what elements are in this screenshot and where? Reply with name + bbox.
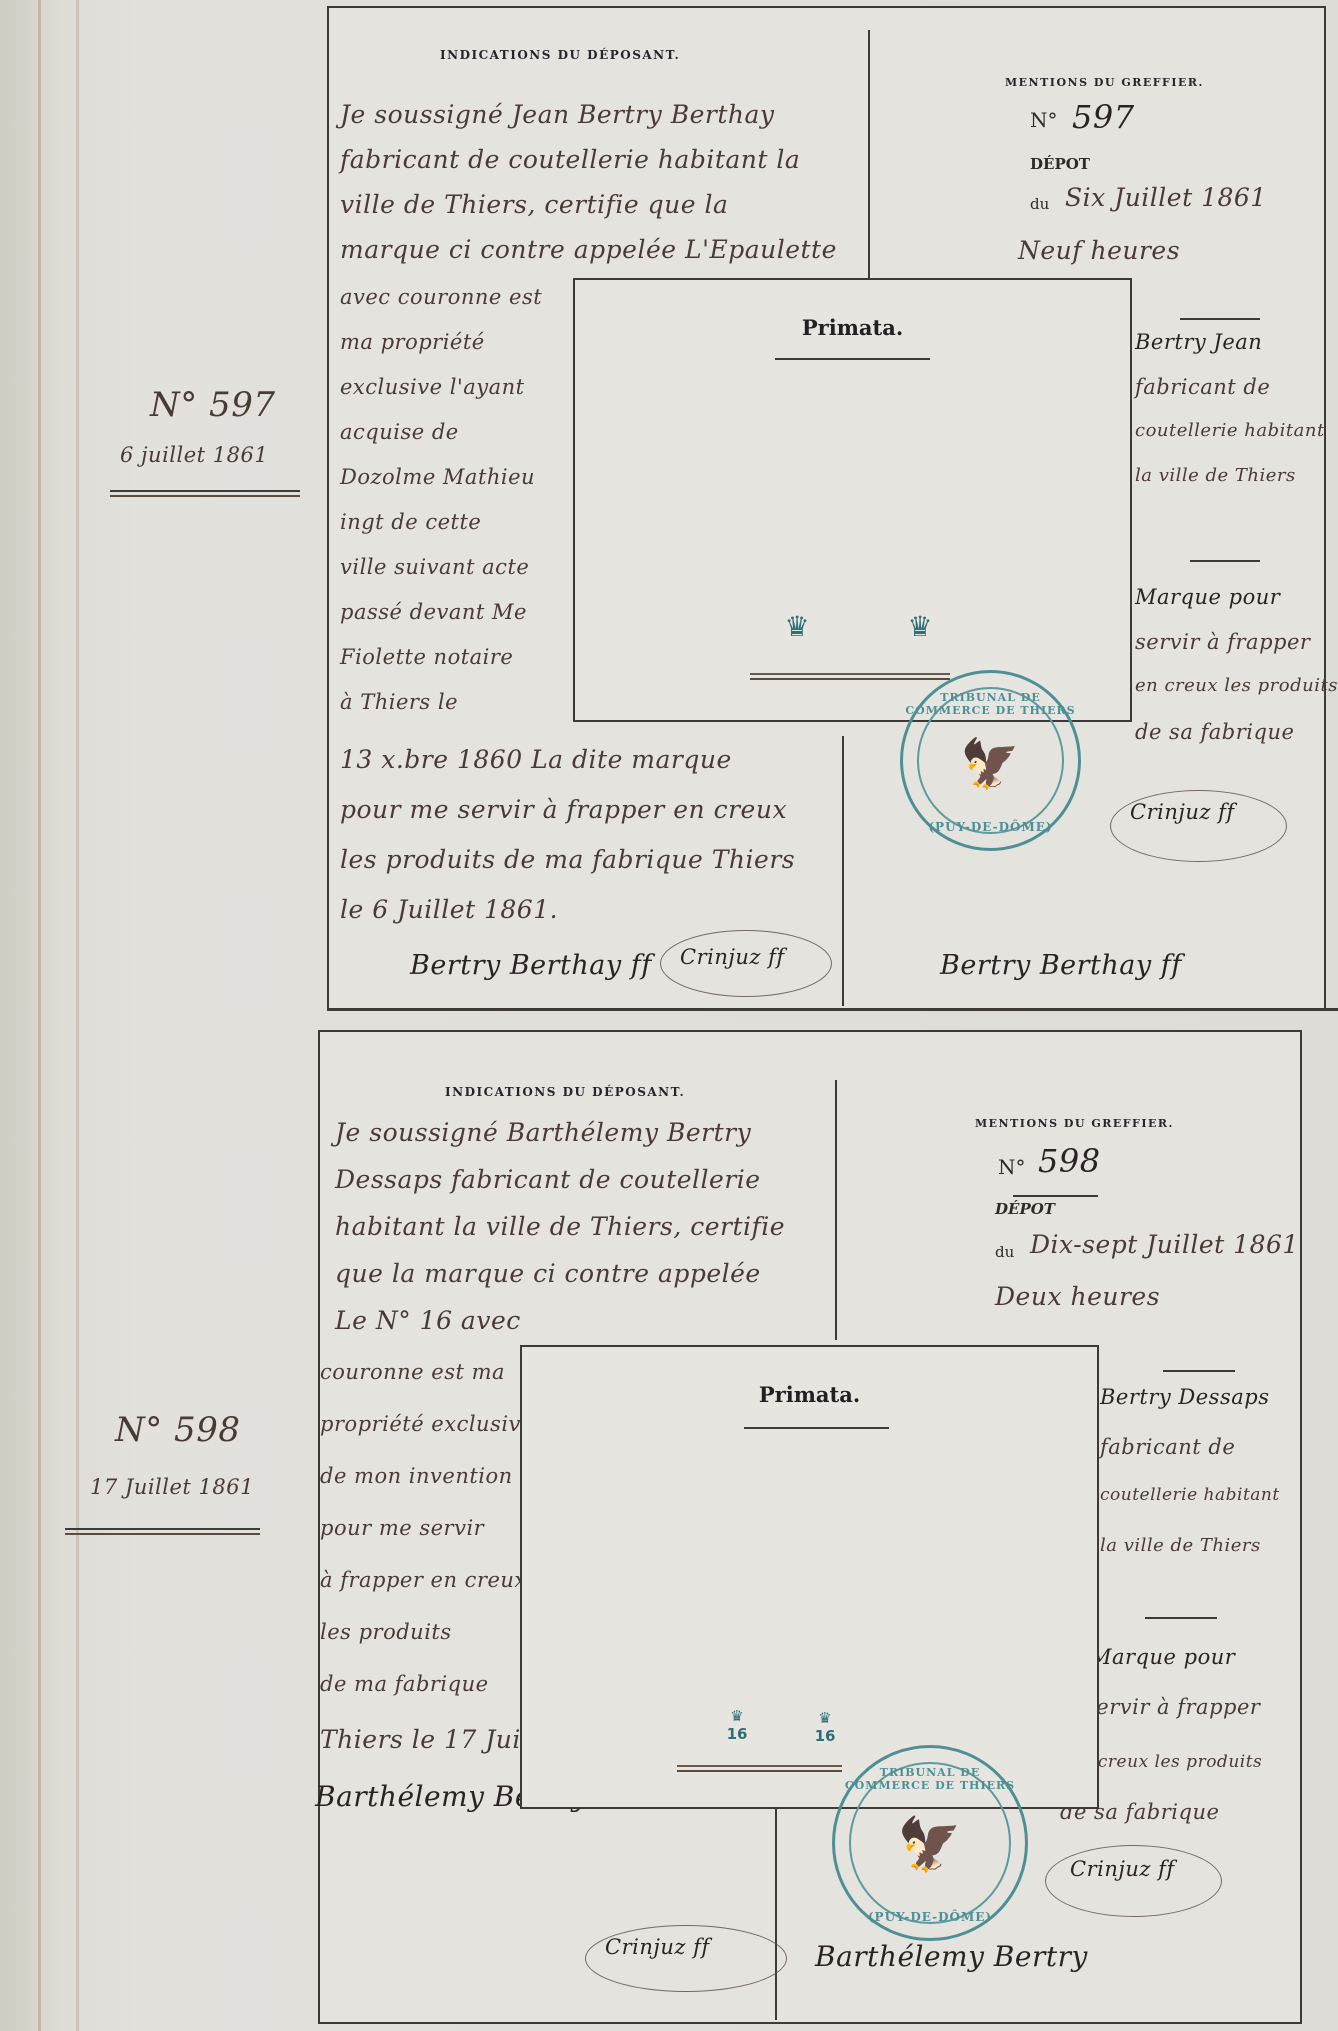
registrar-name-line: fabricant de [1135, 375, 1270, 399]
greffier-signature: Crinjuz ff [605, 1935, 710, 1959]
depositor-line: fabricant de coutellerie habitant la [340, 145, 800, 174]
margin-number: N° 597 [150, 385, 275, 425]
du-label: du [1030, 195, 1049, 213]
mark-box-title: Primata. [522, 1382, 1097, 1407]
depositor-line: que la marque ci contre appelée [335, 1259, 761, 1288]
depositor-line: pour me servir [320, 1516, 484, 1540]
depositor-line: Je soussigné Barthélemy Bertry [335, 1118, 751, 1147]
registrar-name-line: la ville de Thiers [1100, 1535, 1261, 1556]
mark-box-title: Primata. [575, 315, 1130, 340]
registrar-name-line: fabricant de [1100, 1435, 1235, 1459]
depositor-header: INDICATIONS DU DÉPOSANT. [445, 1085, 685, 1099]
mark-underline [677, 1765, 842, 1767]
registrar-number: 597 [1072, 98, 1135, 136]
registrar-purpose-line: Marque pour [1135, 585, 1280, 609]
depositor-line: à frapper en creux [320, 1568, 527, 1592]
stamp-ring-text: TRIBUNAL DE COMMERCE DE THIERS [903, 691, 1078, 717]
margin-underline [65, 1528, 260, 1530]
registrar-depositor-signature: Barthélemy Bertry [815, 1940, 1088, 1973]
entry-separator [327, 1008, 1338, 1011]
margin-underline [110, 490, 300, 492]
depositor-line: marque ci contre appelée L'Epaulette [340, 235, 837, 264]
court-stamp: TRIBUNAL DE COMMERCE DE THIERS 🦅 (PUY-DE… [832, 1745, 1028, 1941]
depositor-header: INDICATIONS DU DÉPOSANT. [440, 48, 680, 62]
depositor-line: les produits de ma fabrique Thiers [340, 845, 795, 874]
column-divider [835, 1080, 837, 1340]
registrar-greffier-signature: Crinjuz ff [1130, 800, 1235, 824]
imperial-eagle-icon: 🦅 [903, 735, 1078, 792]
binding-fold [76, 0, 79, 2031]
registrar-header: MENTIONS DU GREFFIER. [1005, 76, 1204, 89]
depositor-line: couronne est ma [320, 1360, 505, 1384]
mark-number: 16 [815, 1727, 836, 1745]
depositor-line: Dozolme Mathieu [340, 465, 535, 489]
registrar-purpose-line: en creux les produits [1135, 675, 1338, 696]
mark-impression-box: Primata. ♛ ♛ [573, 278, 1132, 722]
depositor-line: propriété exclusive [320, 1412, 534, 1436]
margin-date: 6 juillet 1861 [120, 443, 268, 467]
registrar-number-label: N° [1030, 108, 1058, 132]
du-label: du [995, 1243, 1014, 1261]
registrar-name-line: Bertry Dessaps [1100, 1385, 1269, 1409]
depositor-line: à Thiers le [340, 690, 458, 714]
section-rule [1180, 318, 1260, 320]
depositor-line: Je soussigné Jean Bertry Berthay [340, 100, 775, 129]
margin-number: N° 598 [115, 1410, 240, 1450]
registrar-purpose-line: de sa fabrique [1135, 720, 1294, 744]
crown-mark-icon: ♛16 [717, 1707, 757, 1743]
crown-epaulette-mark-icon: ♛ [777, 610, 817, 643]
registrar-name-line: coutellerie habitant [1100, 1485, 1280, 1505]
registrar-name-line: Bertry Jean [1135, 330, 1262, 354]
imperial-eagle-icon: 🦅 [835, 1814, 1025, 1875]
binding-fold [38, 0, 41, 2031]
registrar-depositor-signature: Bertry Berthay ff [940, 950, 1182, 981]
registrar-purpose-line: servir à frapper [1085, 1695, 1260, 1719]
depositor-signature: Bertry Berthay ff [410, 950, 652, 981]
registrar-number-label: N° [998, 1155, 1026, 1179]
depot-date: Six Juillet 1861 [1065, 183, 1267, 212]
depot-time: Deux heures [995, 1282, 1160, 1311]
mark-underline [750, 673, 950, 675]
depositor-line: Dessaps fabricant de coutellerie [335, 1165, 761, 1194]
stamp-ring-text: (PUY-DE-DÔME) [903, 820, 1078, 834]
registrar-header: MENTIONS DU GREFFIER. [975, 1117, 1174, 1130]
crown-mark-icon: ♛16 [805, 1709, 845, 1745]
title-underline [775, 358, 930, 360]
depot-label: DÉPOT [1030, 155, 1090, 173]
mark-impression-box: Primata. ♛16 ♛16 [520, 1345, 1099, 1809]
greffier-signature: Crinjuz ff [680, 945, 785, 969]
margin-date: 17 Juillet 1861 [90, 1475, 254, 1499]
greffier-paraph [1045, 1845, 1222, 1917]
depositor-line: le 6 Juillet 1861. [340, 895, 558, 924]
registrar-name-line: coutellerie habitant [1135, 420, 1325, 441]
depositor-line: acquise de [340, 420, 459, 444]
depot-time: Neuf heures [1018, 236, 1180, 265]
depot-date: Dix-sept Juillet 1861 [1030, 1230, 1299, 1259]
depositor-line: avec couronne est [340, 285, 542, 309]
number-underline [1013, 1195, 1098, 1197]
section-rule [1163, 1370, 1235, 1372]
registrar-purpose-line: servir à frapper [1135, 630, 1310, 654]
depositor-line: 13 x.bre 1860 La dite marque [340, 745, 732, 774]
section-rule [1190, 560, 1260, 562]
crown-epaulette-mark-icon: ♛ [900, 610, 940, 643]
depositor-line: exclusive l'ayant [340, 375, 525, 399]
depositor-line: de mon invention [320, 1464, 513, 1488]
depositor-line: les produits [320, 1620, 452, 1644]
column-divider [868, 30, 870, 280]
stamp-ring-text: (PUY-DE-DÔME) [835, 1910, 1025, 1924]
registrar-purpose-line: Marque pour [1090, 1645, 1235, 1669]
section-rule [1145, 1617, 1217, 1619]
registrar-name-line: la ville de Thiers [1135, 465, 1296, 486]
depositor-line: pour me servir à frapper en creux [340, 795, 787, 824]
stamp-ring-text: TRIBUNAL DE COMMERCE DE THIERS [835, 1766, 1025, 1792]
depositor-line: Le N° 16 avec [335, 1306, 521, 1335]
depositor-line: ville de Thiers, certifie que la [340, 190, 728, 219]
depositor-line: passé devant Me [340, 600, 527, 624]
depositor-line: ingt de cette [340, 510, 481, 534]
depositor-line: Fiolette notaire [340, 645, 513, 669]
depot-label: DÉPOT [995, 1200, 1055, 1218]
registrar-greffier-signature: Crinjuz ff [1070, 1857, 1175, 1881]
title-underline [744, 1427, 889, 1429]
court-stamp: TRIBUNAL DE COMMERCE DE THIERS 🦅 (PUY-DE… [900, 670, 1081, 851]
mark-number: 16 [727, 1725, 748, 1743]
depositor-line: de ma fabrique [320, 1672, 489, 1696]
column-divider [842, 736, 844, 1006]
depositor-line: habitant la ville de Thiers, certifie [335, 1212, 785, 1241]
depositor-line: ma propriété [340, 330, 485, 354]
registrar-number: 598 [1038, 1142, 1101, 1180]
depositor-line: ville suivant acte [340, 555, 529, 579]
